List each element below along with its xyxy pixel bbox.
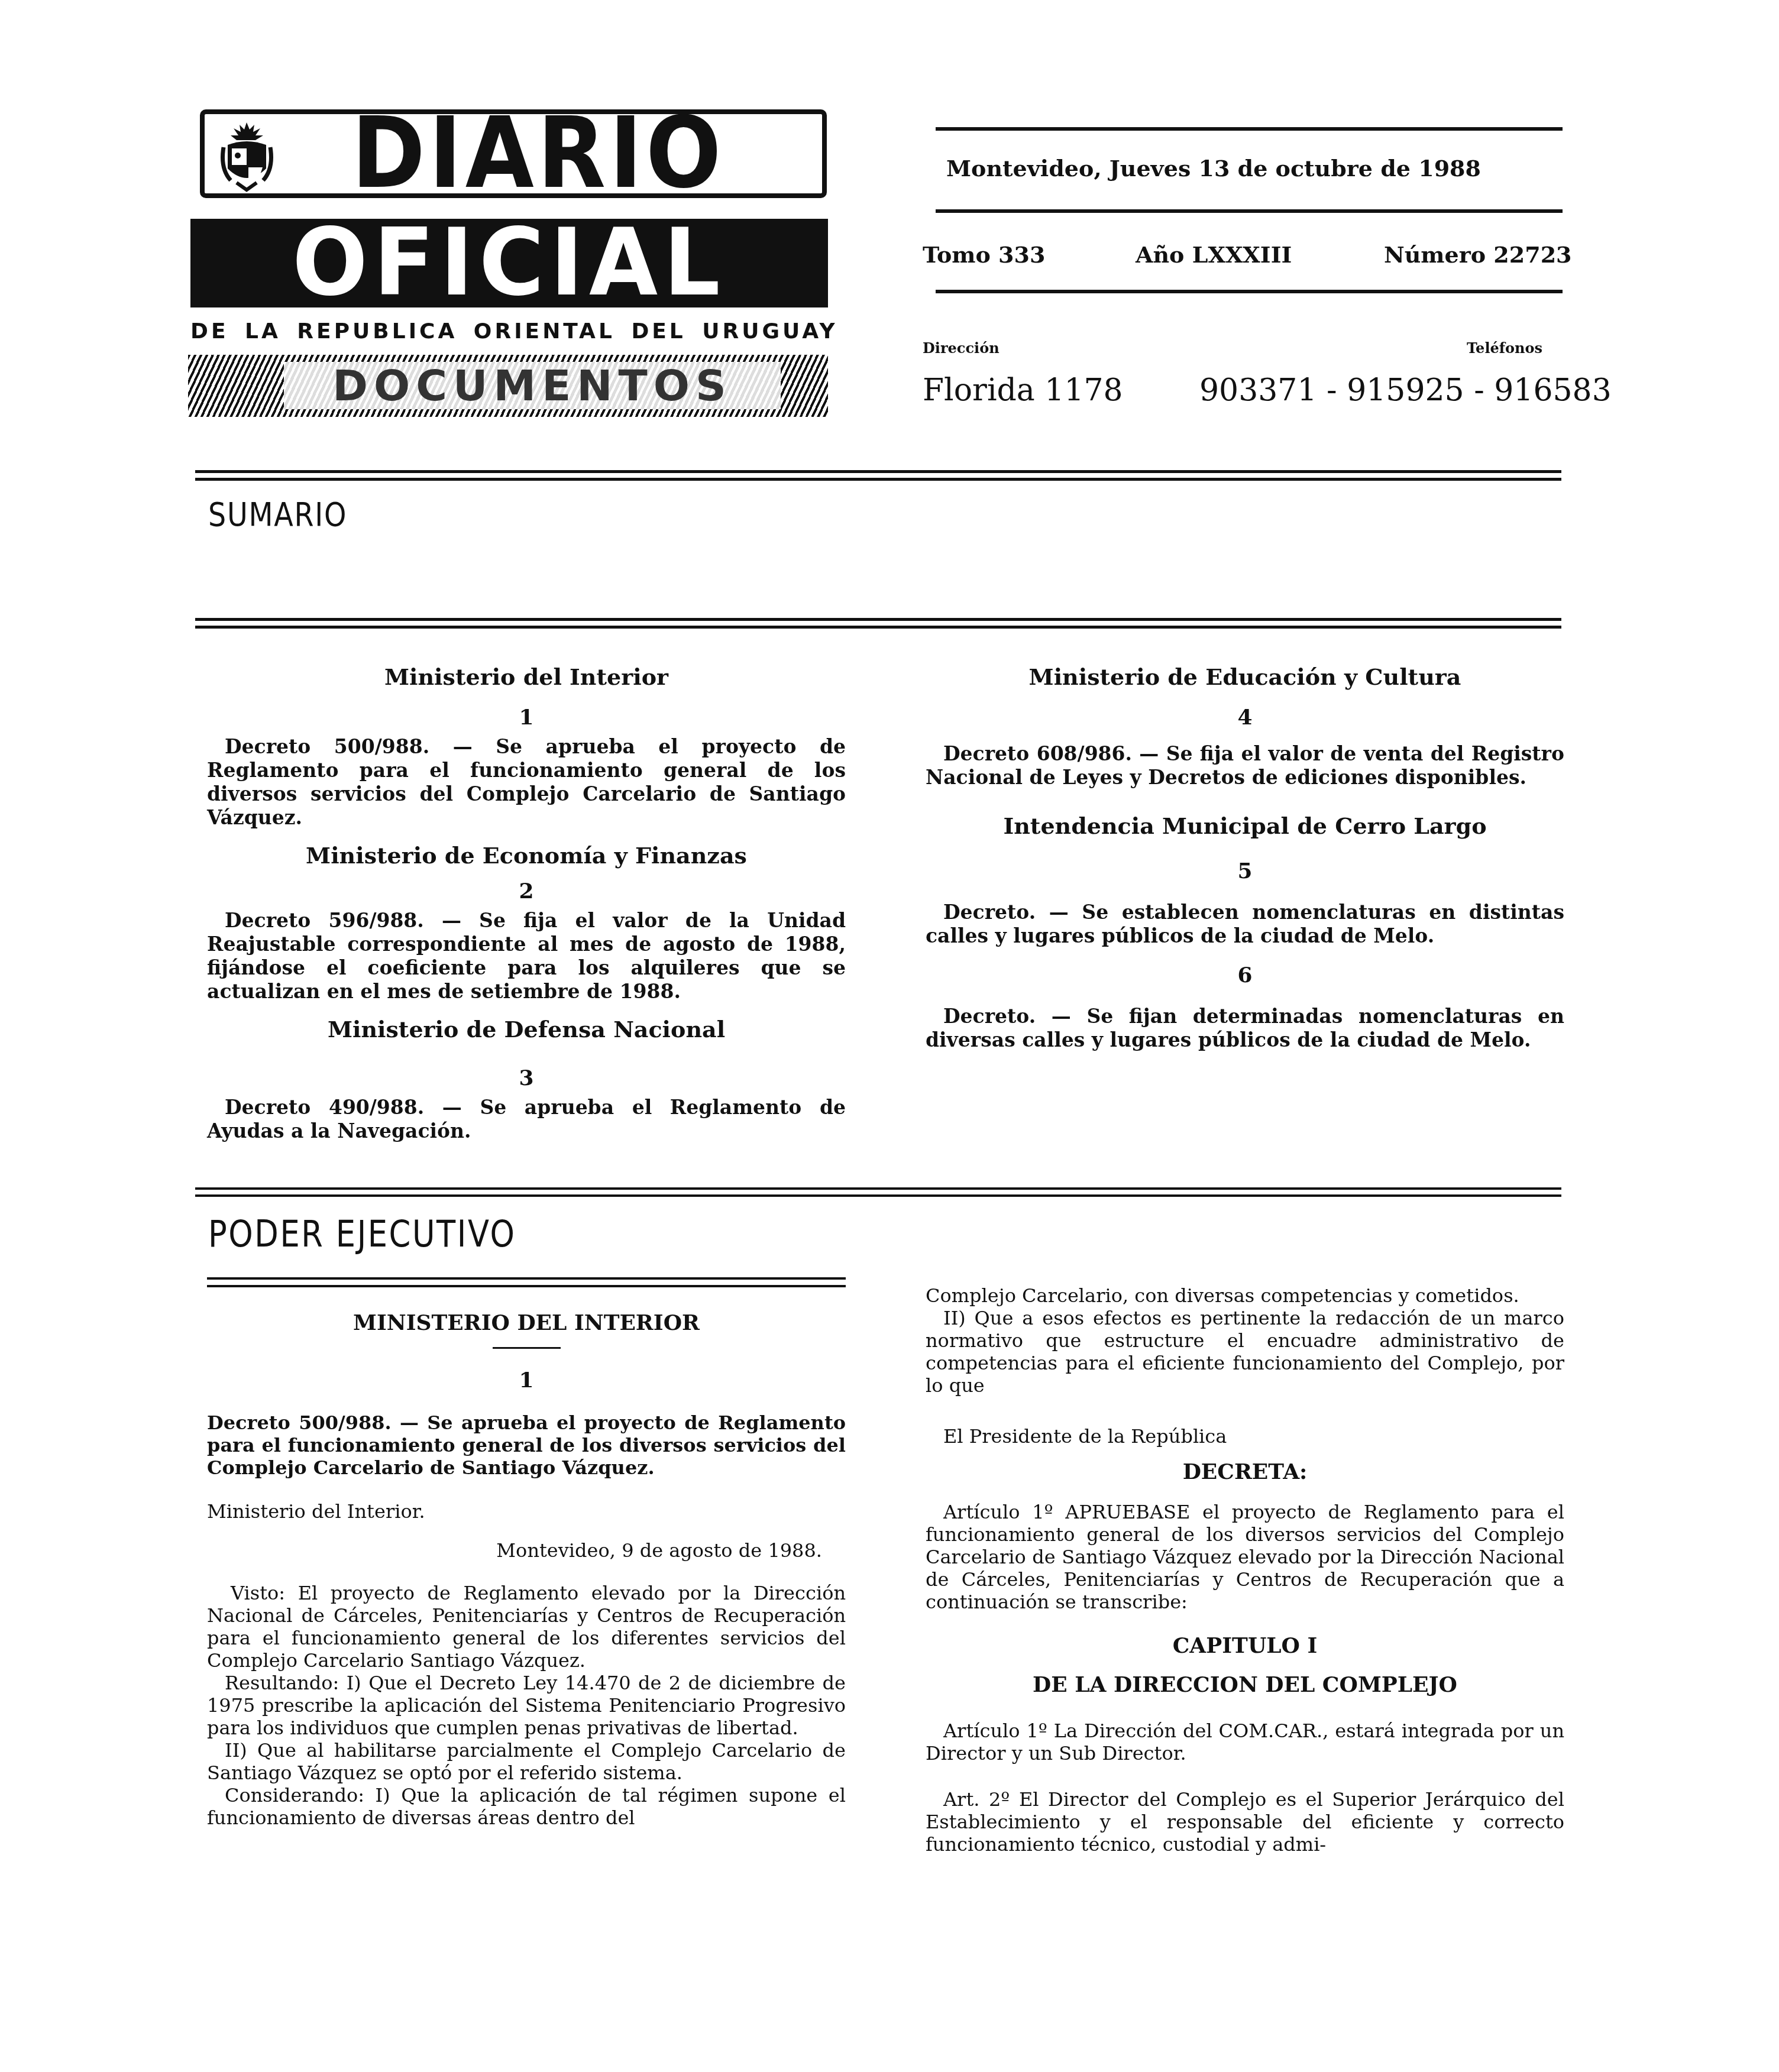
sumario-left-column: Ministerio del Interior 1 Decreto 500/98… — [207, 665, 846, 1143]
body-left-column: MINISTERIO DEL INTERIOR 1 Decreto 500/98… — [207, 1312, 846, 1829]
phones-value: 903371 - 915925 - 916583 — [1199, 373, 1612, 408]
issue-year: Año LXXXIII — [1136, 241, 1292, 268]
column-divider — [207, 1277, 846, 1280]
ministry-heading: Ministerio del Interior — [207, 665, 846, 689]
regulation-article-1: Artículo 1º La Dirección del COM.CAR., e… — [926, 1720, 1564, 1765]
header-rule — [936, 127, 1563, 131]
decree-number: 1 — [207, 1369, 846, 1391]
section-divider — [195, 1194, 1561, 1197]
item-summary: Decreto 490/988. — Se aprueba el Reglame… — [207, 1096, 846, 1143]
president-line: El Presidente de la República — [926, 1425, 1564, 1448]
body-right-column: Complejo Carcelario, con diversas compet… — [926, 1284, 1564, 1856]
section-banner-documentos: DOCUMENTOS — [284, 362, 781, 409]
item-summary: Decreto 608/986. — Se fija el valor de v… — [926, 742, 1564, 789]
masthead-subtitle: DE LA REPUBLICA ORIENTAL DEL URUGUAY — [190, 319, 828, 344]
section-divider — [195, 618, 1561, 621]
phones-label: Teléfonos — [1467, 339, 1542, 357]
issue-number: Número 22723 — [1384, 241, 1572, 268]
item-summary: Decreto 596/988. — Se fija el valor de l… — [207, 909, 846, 1003]
header-rule — [936, 209, 1563, 213]
item-number: 3 — [207, 1066, 846, 1090]
poder-ejecutivo-heading: PODER EJECUTIVO — [208, 1212, 516, 1255]
ministry-heading: Ministerio de Economía y Finanzas — [207, 844, 846, 867]
paragraph: Resultando: I) Que el Decreto Ley 14.470… — [207, 1672, 846, 1739]
paragraph: Visto: El proyecto de Reglamento elevado… — [207, 1582, 846, 1672]
chapter-title: DE LA DIRECCION DEL COMPLEJO — [926, 1673, 1564, 1696]
issue-tomo: Tomo 333 — [923, 241, 1045, 268]
item-summary: Decreto 500/988. — Se aprueba el proyect… — [207, 735, 846, 830]
title-underline — [493, 1347, 561, 1349]
address-label: Dirección — [923, 339, 1000, 357]
section-divider — [195, 478, 1561, 481]
paragraph: Considerando: I) Que la aplicación de ta… — [207, 1784, 846, 1829]
section-divider — [195, 626, 1561, 629]
decree-title: Decreto 500/988. — Se aprueba el proyect… — [207, 1411, 846, 1479]
article-1: Artículo 1º APRUEBASE el proyecto de Reg… — [926, 1501, 1564, 1613]
item-number: 4 — [926, 705, 1564, 729]
regulation-article-2: Art. 2º El Director del Complejo es el S… — [926, 1788, 1564, 1856]
section-divider — [195, 1187, 1561, 1190]
header-rule — [936, 290, 1563, 293]
decree-place-date: Montevideo, 9 de agosto de 1988. — [207, 1539, 846, 1562]
chapter-heading: CAPITULO I — [926, 1634, 1564, 1657]
column-divider — [207, 1285, 846, 1287]
section-divider — [195, 470, 1561, 473]
decreta-heading: DECRETA: — [926, 1461, 1564, 1483]
item-summary: Decreto. — Se fijan determinadas nomencl… — [926, 1005, 1564, 1052]
masthead-title-diario: DIARIO — [260, 95, 816, 212]
item-summary: Decreto. — Se establecen nomenclaturas e… — [926, 901, 1564, 948]
item-number: 6 — [926, 963, 1564, 987]
issue-date: Montevideo, Jueves 13 de octubre de 1988 — [946, 155, 1481, 182]
address-value: Florida 1178 — [923, 373, 1123, 408]
masthead-title-oficial: OFICIAL — [190, 212, 828, 314]
ministry-title: MINISTERIO DEL INTERIOR — [207, 1312, 846, 1334]
item-number: 1 — [207, 705, 846, 729]
item-number: 2 — [207, 879, 846, 903]
ministry-heading: Intendencia Municipal de Cerro Largo — [926, 814, 1564, 838]
ministry-heading: Ministerio de Educación y Cultura — [926, 665, 1564, 689]
ministry-heading: Ministerio de Defensa Nacional — [207, 1018, 846, 1041]
paragraph: II) Que a esos efectos es pertinente la … — [926, 1307, 1564, 1397]
sumario-heading: SUMARIO — [208, 496, 347, 534]
decree-issuer: Ministerio del Interior. — [207, 1500, 846, 1523]
paragraph: Complejo Carcelario, con diversas compet… — [926, 1284, 1564, 1307]
sumario-right-column: Ministerio de Educación y Cultura 4 Decr… — [926, 665, 1564, 1052]
item-number: 5 — [926, 859, 1564, 883]
paragraph: II) Que al habilitarse parcialmente el C… — [207, 1739, 846, 1784]
